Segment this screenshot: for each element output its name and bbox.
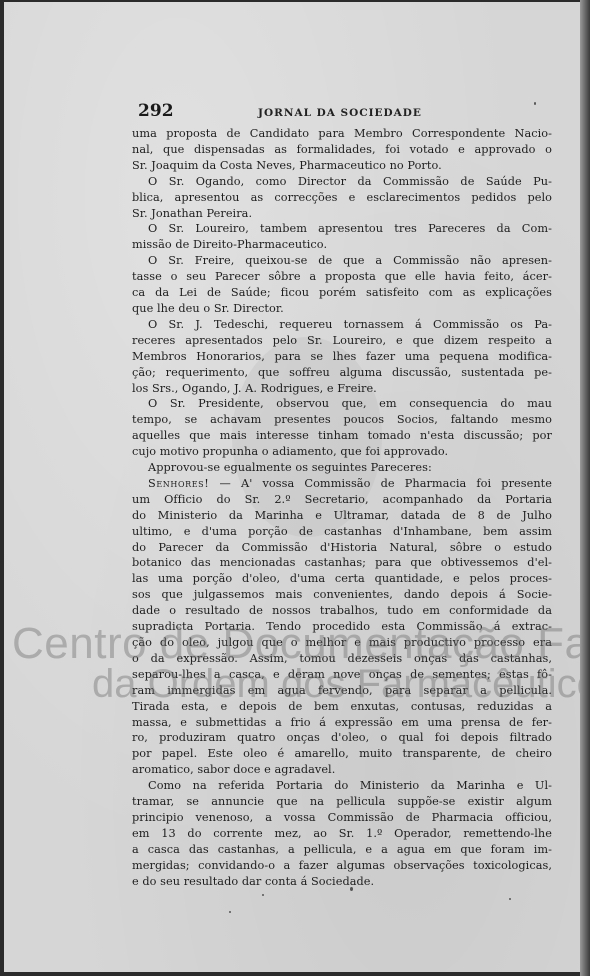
text-line: do Parecer da Commissão d'Historia Natur… (132, 540, 552, 556)
text-line: supradicta Portaria. Tendo procedido est… (132, 619, 552, 635)
body-text: uma proposta de Candidato para Membro Co… (132, 126, 552, 890)
text-line: e do seu resultado dar conta á Sociedade… (132, 874, 552, 890)
page-header: 292 JORNAL DA SOCIEDADE (132, 104, 552, 126)
text-line: que lhe deu o Sr. Director. (132, 301, 552, 317)
text-line: Sr. Joaquim da Costa Neves, Pharmaceutic… (132, 158, 552, 174)
text-line: tramar, se annuncie que na pellicula sup… (132, 794, 552, 810)
paper-speck (350, 887, 353, 891)
text-line: ção; requerimento, que soffreu alguma di… (132, 365, 552, 381)
text-line: aquelles que mais interesse tinham tomad… (132, 428, 552, 444)
text-line: Senhores! — A' vossa Commissão de Pharma… (132, 476, 552, 492)
text-line: missão de Direito-Pharmaceutico. (132, 237, 552, 253)
text-line: ram immergidas em agua fervendo, para se… (132, 683, 552, 699)
text-line: tempo, se achavam presentes poucos Socio… (132, 412, 552, 428)
text-line: O Sr. Ogando, como Director da Commissão… (132, 174, 552, 190)
text-line: sos que julgassemos mais convenientes, d… (132, 587, 552, 603)
text-line: aromatico, sabor doce e agradavel. (132, 762, 552, 778)
running-title: JORNAL DA SOCIEDADE (258, 106, 422, 122)
text-line: uma proposta de Candidato para Membro Co… (132, 126, 552, 142)
text-line: Tirada esta, e depois de bem enxutas, co… (132, 699, 552, 715)
text-line: Approvou-se egualmente os seguintes Pare… (132, 460, 552, 476)
paper-speck (534, 102, 536, 105)
salutation: Senhores! (148, 477, 209, 490)
page-number: 292 (138, 104, 180, 120)
text-line: a casca das castanhas, a pellicula, e a … (132, 842, 552, 858)
text-line: O Sr. Presidente, observou que, em conse… (132, 396, 552, 412)
text-line: separou-lhes a casca, e deram nove onças… (132, 667, 552, 683)
text-line: ção do oleo, julgou que o melhor e mais … (132, 635, 552, 651)
text-line: ca da Lei de Saúde; ficou porém satisfei… (132, 285, 552, 301)
text-line: tasse o seu Parecer sôbre a proposta que… (132, 269, 552, 285)
scanned-page: 292 JORNAL DA SOCIEDADE uma proposta de … (4, 2, 582, 972)
paper-speck (509, 898, 511, 900)
text-line: botanico das mencionadas castanhas; para… (132, 555, 552, 571)
text-line: O Sr. J. Tedeschi, requereu tornassem á … (132, 317, 552, 333)
text-line: blica, apresentou as correcções e esclar… (132, 190, 552, 206)
text-line: dade o resultado de nossos trabalhos, tu… (132, 603, 552, 619)
text-line: nal, que dispensadas as formalidades, fo… (132, 142, 552, 158)
text-line: um Officio do Sr. 2.º Secretario, acompa… (132, 492, 552, 508)
text-line: cujo motivo propunha o adiamento, que fo… (132, 444, 552, 460)
text-line: Membros Honorarios, para se lhes fazer u… (132, 349, 552, 365)
text-line: mergidas; convidando-o a fazer algumas o… (132, 858, 552, 874)
page-text-block: 292 JORNAL DA SOCIEDADE uma proposta de … (132, 104, 552, 890)
text-line: O Sr. Loureiro, tambem apresentou tres P… (132, 221, 552, 237)
text-line: Como na referida Portaria do Ministerio … (132, 778, 552, 794)
paper-speck (262, 894, 264, 896)
text-line: massa, e submettidas a frio á expressão … (132, 715, 552, 731)
text-line: O Sr. Freire, queixou-se de que a Commis… (132, 253, 552, 269)
page-binding-edge (580, 0, 590, 976)
text-line: principio venenoso, a vossa Commissão de… (132, 810, 552, 826)
text-line: receres apresentados pelo Sr. Loureiro, … (132, 333, 552, 349)
paper-speck (229, 911, 231, 913)
text-line: Sr. Jonathan Pereira. (132, 206, 552, 222)
text-line: em 13 do corrente mez, ao Sr. 1.º Operad… (132, 826, 552, 842)
text-line: por papel. Este oleo é amarello, muito t… (132, 746, 552, 762)
text-line: do Ministerio da Marinha e Ultramar, dat… (132, 508, 552, 524)
text-line: ultimo, e d'uma porção de castanhas d'In… (132, 524, 552, 540)
text-line: o da expressão. Assim, tomou dezesseis o… (132, 651, 552, 667)
text-line: las uma porção d'oleo, d'uma certa quant… (132, 571, 552, 587)
text-line: ro, produziram quatro onças d'oleo, o qu… (132, 730, 552, 746)
text-line: los Srs., Ogando, J. A. Rodrigues, e Fre… (132, 381, 552, 397)
